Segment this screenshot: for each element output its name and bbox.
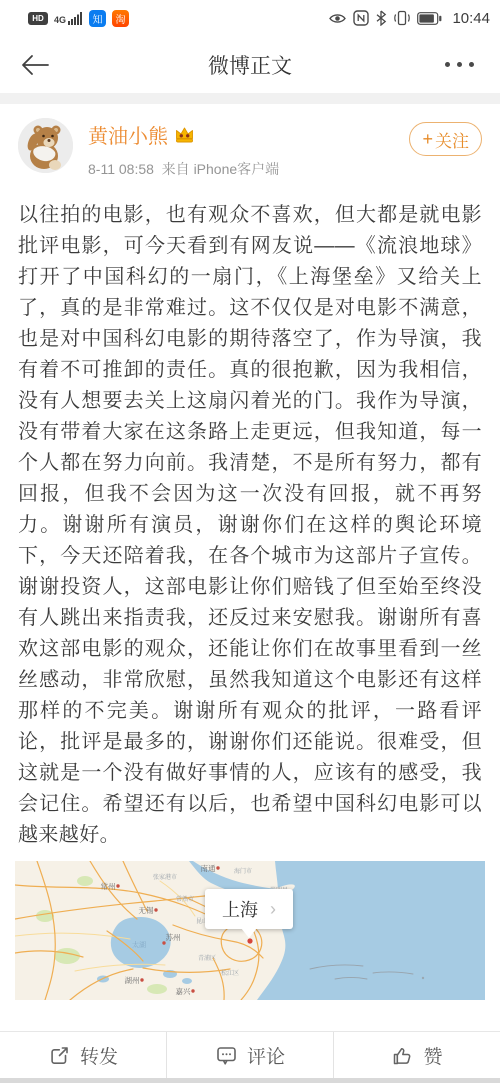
svg-text:嘉兴: 嘉兴 — [176, 986, 191, 996]
status-left-icons: HD 4G 知 淘 — [28, 10, 129, 27]
map-marker-icon — [247, 938, 252, 943]
vibrate-icon — [393, 10, 411, 26]
svg-text:无锡: 无锡 — [139, 905, 154, 915]
avatar[interactable] — [18, 118, 73, 173]
eye-comfort-icon — [328, 12, 347, 25]
location-map[interactable]: 常州无锡苏州湖州南通嘉兴太湖张家港市常熟市昆山市青浦区松江区海门市崇明县 上海 … — [15, 861, 485, 1000]
post-meta: 8-11 08:58 来自 iPhone客户端 — [88, 159, 279, 179]
zhihu-app-icon: 知 — [89, 10, 106, 27]
hd-voice-icon: HD — [28, 12, 48, 25]
post-body: 以往拍的电影，也有观众不喜欢，但大都是就电影批评电影，可今天看到有网友说——《流… — [18, 200, 482, 851]
bluetooth-icon — [375, 10, 387, 26]
more-options-button[interactable] — [439, 52, 480, 77]
status-bar: HD 4G 知 淘 — [0, 0, 500, 36]
membership-crown-icon — [174, 126, 195, 144]
comment-label: 评论 — [247, 1042, 285, 1069]
taobao-app-icon: 淘 — [112, 10, 129, 27]
back-button[interactable] — [20, 50, 54, 80]
svg-text:松江区: 松江区 — [221, 969, 239, 977]
like-label: 赞 — [423, 1042, 442, 1069]
author-name[interactable]: 黄油小熊 — [88, 120, 168, 149]
nfc-icon — [353, 10, 369, 26]
clock-time: 10:44 — [452, 10, 490, 27]
svg-text:苏州: 苏州 — [166, 932, 181, 942]
bottom-action-bar: 转发 评论 赞 — [0, 1031, 500, 1083]
comment-button[interactable]: 评论 — [166, 1032, 333, 1078]
nav-bar: 微博正文 — [0, 36, 500, 93]
comment-icon — [215, 1044, 238, 1067]
svg-text:常州: 常州 — [101, 881, 116, 891]
network-signal-icon: 4G — [54, 12, 83, 25]
screen-bottom-strip — [0, 1078, 500, 1083]
svg-text:湖州: 湖州 — [125, 975, 140, 985]
repost-button[interactable]: 转发 — [0, 1032, 166, 1078]
like-button[interactable]: 赞 — [333, 1032, 500, 1078]
svg-text:海门市: 海门市 — [234, 867, 252, 875]
page-title: 微博正文 — [0, 50, 500, 80]
plus-icon: + — [422, 129, 433, 150]
svg-text:青浦区: 青浦区 — [198, 954, 216, 962]
follow-button[interactable]: + 关注 — [409, 122, 482, 156]
battery-icon — [417, 12, 442, 25]
chevron-right-icon: › — [270, 900, 276, 918]
like-icon — [391, 1044, 414, 1067]
teddy-bear-avatar-image — [18, 118, 73, 173]
svg-text:张家港市: 张家港市 — [153, 873, 177, 881]
follow-label: 关注 — [435, 127, 469, 152]
repost-label: 转发 — [80, 1042, 118, 1069]
status-right-icons: 10:44 — [328, 10, 490, 27]
svg-text:南通: 南通 — [201, 863, 216, 873]
signal-bars-icon — [68, 12, 83, 25]
location-name: 上海 — [222, 896, 258, 922]
repost-icon — [48, 1044, 71, 1067]
svg-text:常熟市: 常熟市 — [176, 895, 194, 903]
author-header: 黄油小熊 8-11 08:58 来自 iPhone客户端 + 关注 — [0, 104, 500, 179]
author-info: 黄油小熊 8-11 08:58 来自 iPhone客户端 — [88, 118, 279, 179]
weibo-post-screen: HD 4G 知 淘 — [0, 0, 500, 1083]
map-location-callout[interactable]: 上海 › — [205, 889, 293, 929]
nav-divider — [0, 93, 500, 104]
svg-text:太湖: 太湖 — [132, 940, 146, 949]
